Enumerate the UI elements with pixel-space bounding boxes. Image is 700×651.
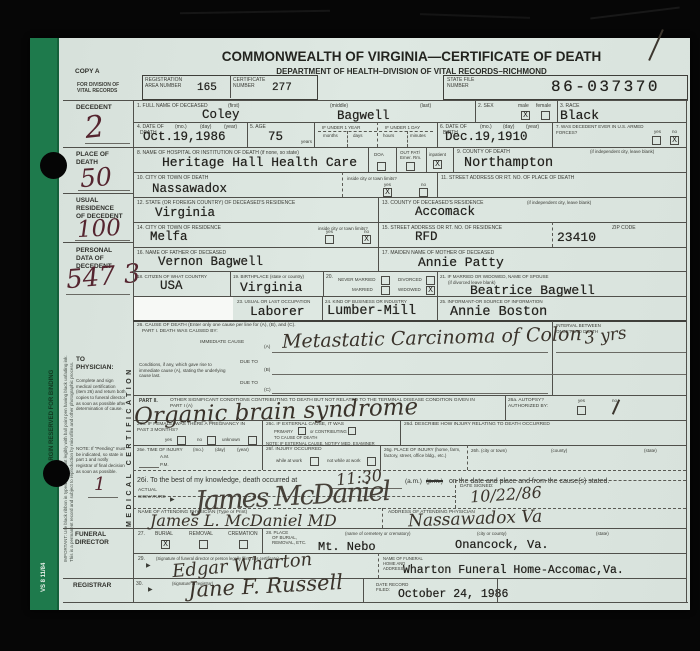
grid-line bbox=[368, 147, 369, 172]
funeral-home-label3: ADDRESS bbox=[383, 566, 403, 571]
zip-label: ZIP CODE bbox=[612, 225, 636, 231]
grid-line bbox=[63, 602, 688, 603]
registration-area-label: REGISTRATION AREA NUMBER bbox=[145, 77, 190, 90]
physician-instruction-note: Complete and sign medical certification … bbox=[76, 378, 126, 412]
time-mo-hint: (mo.) bbox=[193, 447, 204, 452]
autopsy-yes-checkbox bbox=[577, 406, 586, 415]
industry-value: Lumber-Mill bbox=[327, 304, 416, 319]
city-death-value: Nassawadox bbox=[152, 182, 227, 196]
injury-city-label: 26h. (city or town) bbox=[471, 448, 507, 453]
grid-line bbox=[63, 147, 133, 148]
months-hint: months bbox=[323, 133, 338, 138]
underline bbox=[272, 374, 686, 375]
primary-checkbox bbox=[298, 427, 306, 435]
pregnancy-no-label: no bbox=[197, 437, 202, 442]
father-value: Vernon Bagwell bbox=[158, 255, 263, 269]
informant-label: 25. INFORMANT-OR SOURCE OF INFORMATION bbox=[440, 299, 543, 304]
pregnancy-unknown-label: unknown bbox=[222, 437, 240, 442]
grid-line bbox=[363, 578, 364, 602]
sidebar-place-label: PLACE OF bbox=[76, 151, 109, 159]
registration-area-value: 165 bbox=[197, 82, 217, 94]
limits-death-yes-label: yes bbox=[384, 182, 391, 187]
whiteout-patch bbox=[134, 297, 233, 320]
injury-occurred-label: 26f. INJURY OCCURRED bbox=[266, 447, 322, 453]
never-married-checkbox bbox=[381, 276, 390, 285]
grid-line bbox=[475, 100, 476, 122]
limits-death-label: inside city or town limits? bbox=[347, 176, 397, 181]
am-hint: (a.m.) bbox=[405, 478, 422, 485]
birthplace-value: Virginia bbox=[240, 280, 302, 295]
divorced-checkbox bbox=[426, 276, 435, 285]
date-birth-value: Dec.19,1910 bbox=[445, 130, 528, 144]
grid-line bbox=[133, 320, 686, 322]
residence-code-handwriting: 100 bbox=[76, 215, 121, 243]
autopsy-label: 26a. AUTOPSY? AUTHORIZED BY: bbox=[508, 398, 568, 410]
limits-res-no-label: no bbox=[364, 229, 369, 234]
sidebar-personal-label1: PERSONAL bbox=[76, 247, 112, 255]
grid-line bbox=[378, 553, 379, 578]
grid-line bbox=[133, 100, 134, 602]
funeral-arrow-icon: ▶ bbox=[146, 563, 151, 570]
underline bbox=[78, 190, 130, 191]
birthplace-label: 19. BIRTHPLACE (state or country) bbox=[233, 274, 304, 279]
burial-checkbox: X bbox=[161, 540, 170, 549]
grid-line bbox=[378, 222, 379, 247]
grid-line bbox=[407, 131, 408, 147]
widowed-checkbox: X bbox=[426, 286, 435, 295]
years-hint: years bbox=[301, 139, 312, 144]
contributing-checkbox bbox=[348, 427, 356, 435]
registrar-item: 30. bbox=[136, 581, 143, 587]
primary-label: PRIMARY bbox=[274, 429, 293, 434]
form-code: VS 8 11/84 bbox=[41, 563, 47, 592]
sidebar-registrar-label: REGISTRAR bbox=[73, 582, 111, 590]
to-cause-label: TO CAUSE OF DEATH bbox=[274, 435, 317, 440]
grid-line bbox=[552, 122, 553, 147]
county-death-hint: (if independent city, leave blank) bbox=[590, 149, 654, 154]
cause-label: 26. CAUSE OF DEATH (Enter only one cause… bbox=[137, 323, 296, 329]
due-to-c-label: DUE TO bbox=[240, 381, 258, 387]
divorced-label: DIVORCED bbox=[398, 277, 422, 282]
limits-death-no-checkbox bbox=[419, 188, 428, 197]
signature-arrow-icon: ▶ bbox=[170, 497, 175, 504]
cemetery-value: Mt. Nebo bbox=[318, 540, 376, 554]
informant-value: Annie Boston bbox=[450, 305, 547, 320]
external-note: NOTE: IF EXTERNAL CAUSE, NOTIFY MED. EXA… bbox=[266, 441, 375, 446]
time-day-hint: (day) bbox=[215, 447, 225, 452]
occupation-value: Laborer bbox=[250, 304, 305, 319]
sidebar-funeral-label2: DIRECTOR bbox=[75, 539, 109, 547]
sidebar-usual-label1: USUAL bbox=[76, 197, 98, 205]
important-note: IMPORTANT: Use black ribbon in typewrite… bbox=[63, 207, 75, 562]
age-value: 75 bbox=[268, 130, 283, 144]
grid-line bbox=[505, 395, 506, 420]
street-res-label: 15. STREET ADDRESS OR RT. NO. OF RESIDEN… bbox=[382, 225, 502, 231]
pregnancy-label: 26b. IF FEMALE, WAS THERE A PREGNANCY IN… bbox=[137, 422, 257, 434]
part1-label: PART I. DEATH WAS CAUSED BY: bbox=[142, 329, 218, 335]
grid-line bbox=[382, 508, 383, 528]
zip-value: 23410 bbox=[557, 230, 596, 245]
county-death-value: Northampton bbox=[464, 156, 553, 171]
at-work-checkbox bbox=[310, 457, 319, 466]
armed-forces-label: 7. WAS DECEDENT EVER IN U.S. ARMED FORCE… bbox=[556, 124, 644, 135]
grid-line bbox=[133, 271, 686, 272]
cause-b-hint: (B) bbox=[264, 368, 270, 374]
hospital-value: Heritage Hall Health Care bbox=[162, 155, 357, 170]
limits-death-no-label: no bbox=[421, 182, 426, 187]
cause-a-hint: (A) bbox=[264, 345, 270, 351]
citizen-value: USA bbox=[160, 279, 183, 293]
grid-line bbox=[63, 528, 133, 529]
grid-line bbox=[552, 222, 553, 247]
full-name-label: 1. FULL NAME OF DECEASED bbox=[137, 103, 208, 109]
grid-line bbox=[63, 193, 133, 194]
widowed-label: WIDOWED bbox=[398, 287, 421, 292]
grid-line bbox=[133, 247, 686, 248]
cremation-label: CREMATION bbox=[228, 531, 258, 537]
signature-label: SIGNATURE bbox=[138, 495, 166, 501]
injury-county-hint: (county) bbox=[551, 448, 567, 453]
am-label: A.M. bbox=[160, 454, 169, 459]
registrar-arrow-icon: ▶ bbox=[148, 587, 153, 594]
grid-line bbox=[686, 100, 687, 602]
grid-line bbox=[453, 147, 454, 172]
forces-no-label: no bbox=[672, 129, 677, 134]
margin-reserved-note: MARGIN RESERVED FOR BINDING bbox=[49, 370, 55, 470]
grid-line bbox=[437, 172, 438, 197]
death-certificate-scan: MARGIN RESERVED FOR BINDING IMPORTANT: U… bbox=[0, 0, 700, 651]
underline bbox=[85, 143, 130, 144]
pregnancy-unknown-checkbox bbox=[248, 436, 257, 445]
mother-value: Annie Patty bbox=[418, 255, 504, 270]
grid-line bbox=[437, 271, 438, 296]
inpatient-label: inpatient bbox=[429, 152, 446, 157]
funeral-item-label: 27. bbox=[138, 531, 145, 537]
sidebar-usual-label2: RESIDENCE bbox=[76, 205, 114, 213]
grid-line bbox=[133, 197, 686, 198]
certificate-number-value: 277 bbox=[272, 82, 292, 94]
sex-male-checkbox: X bbox=[521, 111, 530, 120]
days-hint: days bbox=[353, 133, 363, 138]
grid-line bbox=[247, 122, 248, 147]
actual-label: ACTUAL bbox=[138, 488, 157, 494]
immediate-cause-label: IMMEDIATE CAUSE bbox=[200, 340, 244, 346]
underline bbox=[139, 467, 159, 468]
burial-label: BURIAL bbox=[155, 531, 173, 537]
certificate-title: COMMONWEALTH OF VIRGINIA—CERTIFICATE OF … bbox=[135, 49, 688, 64]
doa-checkbox bbox=[377, 162, 386, 171]
city-res-value: Melfa bbox=[150, 230, 188, 244]
grid-line bbox=[133, 147, 686, 148]
pregnancy-no-checkbox bbox=[207, 436, 216, 445]
burial-place-label3: REMOVAL, ETC. bbox=[272, 540, 306, 545]
underline bbox=[272, 352, 548, 353]
forces-no-checkbox: X bbox=[670, 136, 679, 145]
grid-line bbox=[437, 122, 438, 147]
funeral-home-value: Wharton Funeral Home-Accomac,Va. bbox=[403, 564, 624, 577]
grid-line bbox=[262, 528, 263, 553]
grid-line bbox=[323, 271, 324, 296]
pm-label: P.M. bbox=[160, 462, 169, 467]
marital-item-label: 20. bbox=[326, 274, 333, 280]
grid-line bbox=[133, 172, 686, 173]
conditions-note: Conditions, if any, which gave rise to i… bbox=[139, 362, 233, 379]
removal-label: REMOVAL bbox=[189, 531, 213, 537]
funeral-sig-item: 29. bbox=[138, 556, 145, 562]
grid-line bbox=[437, 296, 438, 320]
grid-line bbox=[230, 75, 231, 98]
grid-line bbox=[133, 222, 686, 223]
forces-yes-checkbox bbox=[652, 136, 661, 145]
sex-female-label: female bbox=[536, 103, 551, 109]
grid-line bbox=[455, 480, 686, 481]
spouse-label: 21. IF MARRIED OR WIDOWED, NAME OF SPOUS… bbox=[440, 274, 549, 279]
hole-punch bbox=[40, 152, 67, 179]
grid-line bbox=[262, 445, 263, 470]
county-res-hint: (if independent city, leave blank) bbox=[527, 200, 591, 205]
cremation-checkbox bbox=[239, 540, 248, 549]
describe-injury-label: 26d. DESCRIBE HOW INJURY RELATING TO DEA… bbox=[404, 422, 550, 428]
pregnancy-yes-checkbox bbox=[177, 436, 186, 445]
to-physician-label1: TO bbox=[76, 356, 85, 364]
stray-pen-mark bbox=[420, 13, 530, 19]
cause-c-hint: (C) bbox=[264, 388, 271, 394]
grid-line bbox=[455, 480, 456, 508]
grid-line bbox=[133, 553, 686, 554]
under-year-label: IF UNDER 1 YEAR bbox=[322, 125, 360, 130]
county-res-value: Accomack bbox=[415, 205, 475, 219]
grid-line bbox=[63, 242, 133, 243]
copy-for-label: FOR DIVISION OF VITAL RECORDS bbox=[77, 82, 129, 95]
grid-line bbox=[378, 197, 379, 222]
pm-hint-struck: (p.m.) bbox=[426, 478, 443, 485]
pending-note: NOTE: If "Pending" must be indicated, so… bbox=[76, 446, 126, 474]
burial-state-hint: (state) bbox=[596, 531, 609, 536]
spouse-value: Beatrice Bagwell bbox=[470, 283, 595, 298]
sex-male-label: male bbox=[518, 103, 529, 109]
doa-label: DOA bbox=[374, 152, 384, 157]
hours-hint: hours bbox=[383, 133, 394, 138]
grid-line bbox=[400, 420, 401, 445]
certificate-number-label: CERTIFICATE NUMBER bbox=[233, 77, 273, 90]
binding-margin-strip bbox=[30, 38, 59, 610]
grid-line bbox=[377, 122, 378, 147]
grid-line bbox=[63, 100, 688, 101]
not-at-work-label: not while at work bbox=[327, 458, 361, 463]
contributing-label: or CONTRIBUTING bbox=[310, 429, 347, 434]
married-label: MARRIED bbox=[352, 287, 373, 292]
time-injury-label: 26e. TIME OF INJURY bbox=[137, 447, 183, 452]
not-at-work-checkbox bbox=[367, 457, 376, 466]
grid-line bbox=[557, 100, 558, 122]
date-filed-value: October 24, 1986 bbox=[398, 588, 508, 601]
decedent-code-handwriting: 2 bbox=[83, 109, 106, 146]
grid-line bbox=[262, 420, 263, 445]
first-name-value: Coley bbox=[202, 108, 240, 122]
state-res-value: Virginia bbox=[155, 206, 215, 220]
date-death-value: Oct.19,1986 bbox=[143, 130, 226, 144]
state-file-value: 86-037370 bbox=[551, 78, 660, 96]
inpatient-checkbox: X bbox=[433, 160, 442, 169]
underline bbox=[556, 352, 686, 353]
limits-death-yes-checkbox: X bbox=[383, 188, 392, 197]
grid-line bbox=[318, 131, 433, 132]
limits-res-no-checkbox: X bbox=[362, 235, 371, 244]
due-to-b-label: DUE TO bbox=[240, 360, 258, 366]
city-death-label: 10. CITY OR TOWN OF DEATH bbox=[137, 175, 208, 181]
autopsy-yes-label: yes bbox=[578, 398, 585, 403]
place-injury-label: 26g. PLACE OF INJURY (home, farm, factor… bbox=[384, 447, 464, 458]
forces-yes-label: yes bbox=[654, 129, 661, 134]
place-code-handwriting: 50 bbox=[79, 162, 113, 193]
pending-code-handwriting: 1 bbox=[94, 474, 105, 495]
age-label: 5. AGE bbox=[250, 124, 266, 130]
state-file-label: STATE FILE NUMBER bbox=[447, 77, 485, 90]
stray-pen-mark bbox=[590, 7, 680, 20]
grid-line bbox=[133, 445, 686, 446]
copy-label: COPY A bbox=[75, 68, 100, 76]
burial-city-hint: (city or county) bbox=[477, 531, 507, 536]
sex-label: 2. SEX bbox=[478, 103, 494, 109]
stray-pen-mark bbox=[180, 10, 330, 15]
underline bbox=[66, 294, 130, 295]
never-married-label: NEVER MARRIED bbox=[338, 277, 376, 282]
grid-line bbox=[322, 296, 323, 320]
grid-line bbox=[342, 172, 343, 197]
burial-city-value: Onancock, Va. bbox=[455, 538, 549, 552]
at-work-label: while at work bbox=[276, 458, 302, 463]
minutes-hint: minutes bbox=[410, 133, 426, 138]
married-checkbox bbox=[381, 286, 390, 295]
grid-line bbox=[230, 271, 231, 296]
medical-certification-vertical-label: MEDICAL CERTIFICATION bbox=[126, 366, 133, 527]
grid-line bbox=[133, 122, 686, 123]
county-death-label: 9. COUNTY OF DEATH bbox=[457, 149, 510, 155]
sex-female-checkbox bbox=[541, 111, 550, 120]
underline bbox=[88, 497, 118, 498]
to-physician-label2: PHYSICIAN: bbox=[76, 364, 114, 372]
grid-line bbox=[347, 131, 348, 147]
removal-checkbox bbox=[199, 540, 208, 549]
grid-line bbox=[426, 147, 427, 172]
outpat-label2: Emer. Rm. bbox=[400, 155, 421, 160]
under-day-label: IF UNDER 1 DAY bbox=[385, 125, 420, 130]
injury-state-hint: (state) bbox=[644, 448, 657, 453]
outpatient-checkbox bbox=[406, 162, 415, 171]
grid-line bbox=[396, 147, 397, 172]
time-year-hint: (year) bbox=[237, 447, 249, 452]
grid-line bbox=[63, 578, 133, 579]
race-value: Black bbox=[560, 108, 599, 123]
limits-res-yes-label: yes bbox=[326, 229, 333, 234]
last-hint: (last) bbox=[420, 103, 431, 109]
street-res-value: RFD bbox=[415, 230, 438, 244]
underline bbox=[75, 240, 130, 241]
sidebar-funeral-label1: FUNERAL bbox=[75, 531, 106, 539]
grid-line bbox=[497, 578, 498, 602]
grid-line bbox=[378, 247, 379, 271]
grid-line bbox=[314, 122, 315, 147]
hole-punch bbox=[43, 460, 70, 487]
date-filed-label2: FILED: bbox=[376, 587, 390, 592]
street-death-label: 11. STREET ADDRESS OR RT. NO. OF PLACE O… bbox=[441, 175, 574, 181]
physician-name-handwriting: James L. McDaniel MD bbox=[150, 511, 337, 530]
cemetery-hint: (name of cemetery or crematory) bbox=[345, 531, 411, 536]
grid-line bbox=[133, 470, 686, 471]
grid-line bbox=[467, 445, 468, 470]
pregnancy-yes-label: yes bbox=[165, 437, 172, 442]
last-name-value: Bagwell bbox=[337, 109, 390, 123]
limits-res-yes-checkbox bbox=[325, 235, 334, 244]
